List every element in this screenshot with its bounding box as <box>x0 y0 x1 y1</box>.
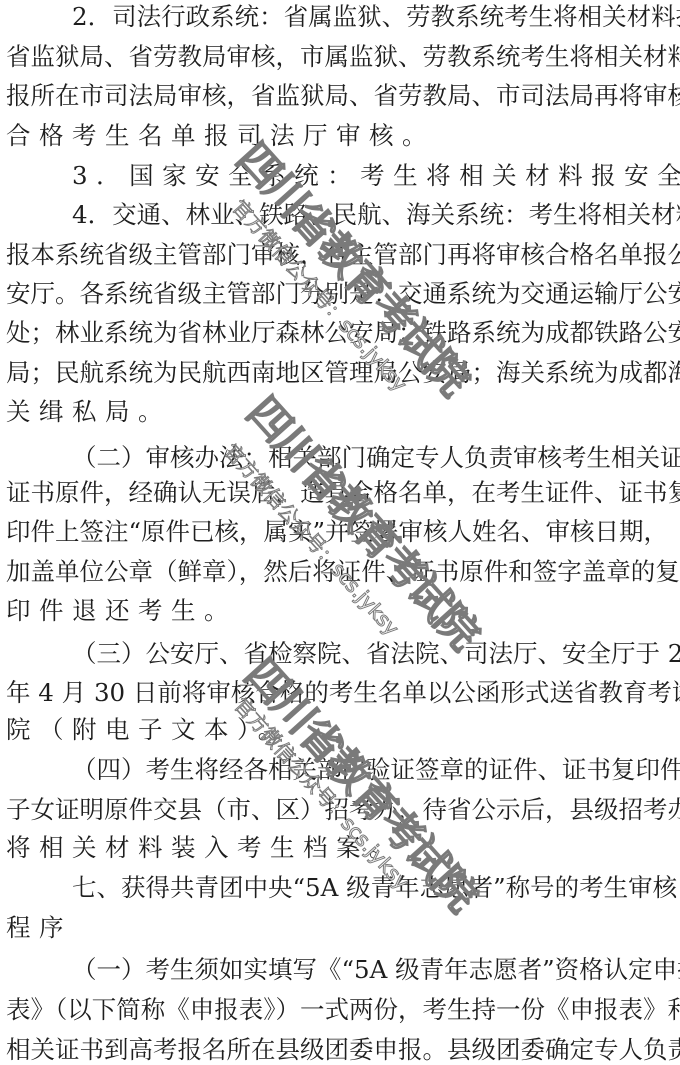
text-line: （四）考生将经各相关部门验证签章的证件、证书复印件和 <box>72 750 664 790</box>
text-line: 局；民航系统为民航西南地区管理局公安局；海关系统为成都海 <box>6 353 664 393</box>
text-line: 院（附电子文本）。 <box>6 710 664 750</box>
text-line: 证书原件，经确认无误后，造具合格名单，在考生证件、证书复 <box>6 473 664 513</box>
text-line: 七、获得共青团中央“5A 级青年志愿者”称号的考生审核 <box>72 868 664 908</box>
text-line: 处；林业系统为省林业厅森林公安局；铁路系统为成都铁路公安 <box>6 313 664 353</box>
text-line: 将相关材料装入考生档案。 <box>6 828 664 868</box>
text-line: 关缉私局。 <box>6 392 664 432</box>
text-line: 3．国家安全系统：考生将相关材料报安全厅审核。 <box>72 156 664 196</box>
document-page: 2．司法行政系统：省属监狱、劳教系统考生将相关材料报 省监狱局、省劳教局审核，市… <box>0 0 680 1065</box>
text-line: 年 4 月 30 日前将审核合格的考生名单以公函形式送省教育考试 <box>6 673 664 713</box>
text-line: 安厅。各系统省级主管部门分别是：交通系统为交通运输厅公安 <box>6 274 664 314</box>
text-line: 程序 <box>6 908 664 948</box>
text-line: （二）审核办法：相关部门确定专人负责审核考生相关证件、 <box>72 438 664 478</box>
text-line: 报本系统省级主管部门审核，各主管部门再将审核合格名单报公 <box>6 235 664 275</box>
text-line: 印件退还考生。 <box>6 591 664 631</box>
text-line: 省监狱局、省劳教局审核，市属监狱、劳教系统考生将相关材料 <box>6 37 664 77</box>
text-line: （三）公安厅、省检察院、省法院、司法厅、安全厅于 2019 <box>72 634 664 674</box>
text-line: （一）考生须如实填写《“5A 级青年志愿者”资格认定申报 <box>72 950 664 990</box>
text-line: 子女证明原件交县（市、区）招考办，待省公示后，县级招考办 <box>6 790 664 830</box>
text-line: 表》（以下简称《申报表》）一式两份，考生持一份《申报表》和 <box>6 990 664 1030</box>
text-line: 4．交通、林业、铁路、民航、海关系统：考生将相关材料 <box>72 195 664 235</box>
text-line: 报所在市司法局审核，省监狱局、省劳教局、市司法局再将审核 <box>6 76 664 116</box>
text-line: 2．司法行政系统：省属监狱、劳教系统考生将相关材料报 <box>72 0 664 37</box>
text-line: 加盖单位公章（鲜章），然后将证件、证书原件和签字盖章的复 <box>6 552 664 592</box>
text-line: 印件上签注“原件已核，属实”并签署审核人姓名、审核日期， <box>6 512 664 552</box>
text-line: 相关证书到高考报名所在县级团委申报。县级团委确定专人负责 <box>6 1030 664 1065</box>
text-line: 合格考生名单报司法厅审核。 <box>6 116 664 156</box>
